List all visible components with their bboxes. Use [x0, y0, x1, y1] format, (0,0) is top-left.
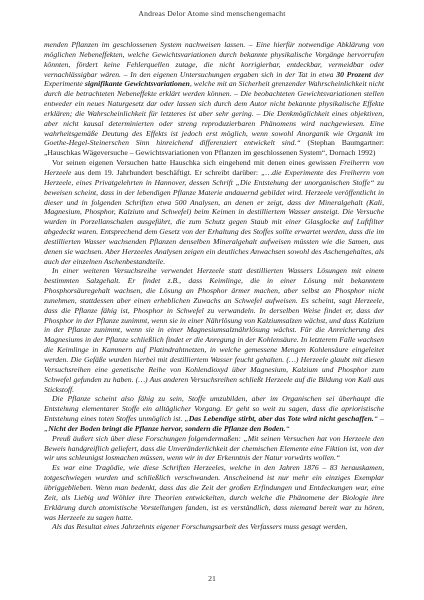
text-run: , welche mit an Sicherheit grenzender Wa…: [44, 79, 384, 147]
text-run: Es war eine Tragödie, wie diese Schrifte…: [44, 463, 384, 521]
text-run: Als das Resultat eines Jahrzehnts eigene…: [52, 522, 347, 531]
text-run: menden Pflanzen im geschlossenen System …: [44, 40, 384, 79]
text-run: Nicht der Boden bringt die Pflanze hervo…: [48, 424, 285, 433]
paragraph: Als das Resultat eines Jahrzehnts eigene…: [44, 522, 384, 532]
paragraph: menden Pflanzen im geschlossenen System …: [44, 40, 384, 158]
page-body: menden Pflanzen im geschlossenen System …: [44, 40, 384, 562]
text-run: signifikante Gewichtsvariationen: [85, 79, 190, 88]
page-number: 21: [0, 574, 424, 583]
text-run: In einer weiteren Versuchsreihe verwende…: [44, 266, 384, 393]
text-run: Preuß äußert sich über diese Forschungen…: [44, 434, 384, 463]
text-run: Vor seinen eigenen Versuchen hatte Hausc…: [52, 158, 340, 167]
paragraph: Preuß äußert sich über diese Forschungen…: [44, 434, 384, 464]
text-run: „…die Experimente des Freiherrn von Herz…: [44, 168, 384, 266]
running-header: Andreas Delor Atome sind menschengemacht: [0, 9, 424, 18]
text-run: “: [286, 424, 290, 433]
paragraph: Es war eine Tragödie, wie diese Schrifte…: [44, 463, 384, 522]
text-run: aus dem 19. Jahrhundert beschäftigt. Er …: [71, 168, 261, 177]
paragraph: Die Pflanze scheint also fähig zu sein, …: [44, 394, 384, 433]
text-run: 30 Prozent: [336, 70, 371, 79]
text-run: Das Lebendige stirbt, aber das Tote wird…: [189, 414, 374, 423]
paragraph: Vor seinen eigenen Versuchen hatte Hausc…: [44, 158, 384, 266]
paragraph: In einer weiteren Versuchsreihe verwende…: [44, 266, 384, 394]
book-page: Andreas Delor Atome sind menschengemacht…: [0, 0, 424, 600]
